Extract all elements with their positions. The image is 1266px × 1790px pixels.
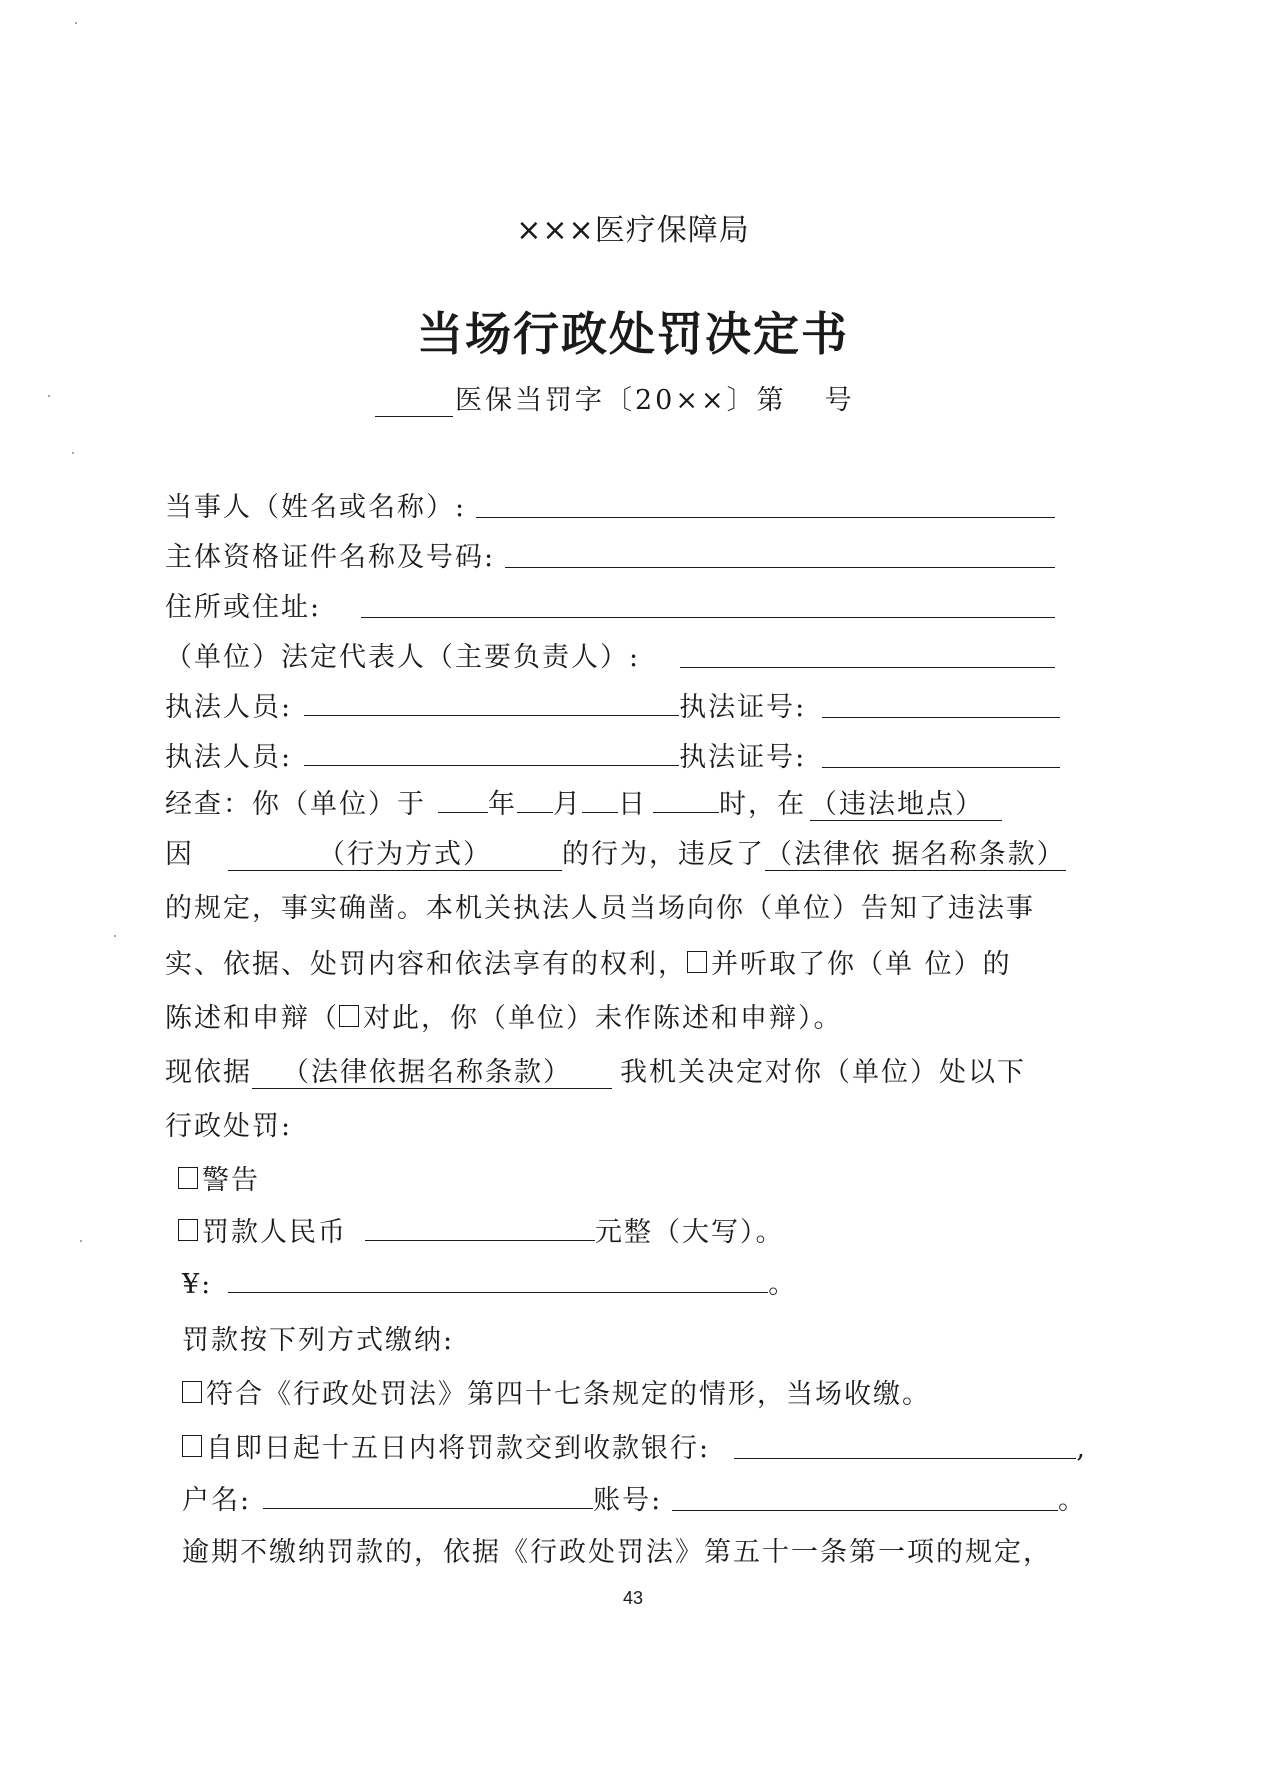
day-field[interactable] [582,811,618,813]
address-label: 住所或住址: [165,585,321,624]
violation-place-field[interactable]: （违法地点） [810,791,1002,821]
officer-name-field[interactable] [304,764,679,766]
listened-checkbox[interactable] [687,951,707,973]
hour-label: 时，在 [719,782,806,821]
officer-row-1: 执法人员: 执法证号: [165,685,1060,724]
cert-number-field[interactable] [822,766,1060,768]
account-name-field[interactable] [263,1507,593,1509]
officer-row-2: 执法人员: 执法证号: [165,735,1060,774]
paragraph-text: 实、依据、处罚内容和依法享有的权利， [165,942,687,981]
month-field[interactable] [517,811,553,813]
page-number: 43 [0,1588,1266,1609]
inspection-prefix: 经查：你（单位）于 [165,782,426,821]
onsite-payment-checkbox[interactable] [182,1381,202,1403]
overdue-row: 逾期不缴纳罚款的，依据《行政处罚法》第五十一条第一项的规定， [182,1530,1052,1569]
account-row: 户名: 账号: 。 [182,1478,1087,1517]
paragraph-line-1: 的规定，事实确凿。本机关执法人员当场向你（单位）告知了违法事 [165,886,1035,925]
scan-speck [80,1240,82,1242]
yen-end: 。 [768,1262,797,1301]
cause-prefix: 因 [165,832,194,871]
bank-name-field[interactable] [734,1457,1076,1459]
yen-label: ¥: [182,1269,212,1300]
officer-label: 执法人员: [165,735,292,774]
legal-rep-label: （单位）法定代表人（主要负责人）: [165,635,640,674]
paragraph-text: 对此，你（单位）未作陈述和申辩）。 [363,996,843,1035]
issuing-agency: ×××医疗保障局 [0,205,1266,249]
account-name-label: 户名: [182,1478,251,1517]
scan-speck [114,935,116,937]
violated-law-field[interactable]: （法律依 据名称条款） [765,841,1066,871]
cert-label: 执法证号: [679,685,806,724]
inspection-row: 经查：你（单位）于 年 月 日 时，在 （违法地点） [165,782,1065,821]
behavior-field[interactable]: （行为方式） [228,841,562,871]
account-number-label: 账号: [593,1478,662,1517]
scan-speck [48,395,50,397]
onsite-payment-label: 符合《行政处罚法》第四十七条规定的情形，当场收缴。 [206,1372,931,1411]
doc-number-middle: 医保当罚字〔20××〕第 [455,378,787,417]
fine-prefix: 罚款人民币 [202,1210,347,1249]
document-title: 当场行政处罚决定书 [0,298,1266,364]
basis-suffix: 我机关决定对你（单位）处以下 [620,1050,1026,1089]
basis-prefix: 现依据 [165,1050,252,1089]
account-number-field[interactable] [672,1509,1058,1511]
fine-checkbox[interactable] [178,1219,198,1241]
legal-rep-field[interactable] [680,666,1055,668]
fine-amount-words-field[interactable] [365,1239,595,1241]
payment-heading-text: 罚款按下列方式缴纳: [182,1318,454,1357]
officer-name-field[interactable] [304,714,679,716]
year-field[interactable] [438,811,488,813]
no-statement-checkbox[interactable] [339,1005,359,1027]
party-name-label: 当事人（姓名或名称）: [165,485,466,524]
qualification-label: 主体资格证件名称及号码: [165,535,495,574]
scan-speck [72,452,74,454]
doc-prefix-blank[interactable] [375,415,453,417]
basis-row: 现依据 （法律依据名称条款） 我机关决定对你（单位）处以下 [165,1050,1026,1089]
address-row: 住所或住址: [165,585,1055,624]
account-end: 。 [1058,1478,1087,1517]
basis-law-field[interactable]: （法律依据名称条款） [252,1059,612,1089]
yen-row: ¥: 。 [182,1262,797,1301]
month-label: 月 [553,782,582,821]
officer-label: 执法人员: [165,685,292,724]
scan-speck [75,22,77,24]
legal-rep-row: （单位）法定代表人（主要负责人）: [165,635,1055,674]
cause-mid: 的行为，违反了 [562,832,765,871]
day-label: 日 [618,782,647,821]
bank-payment-checkbox[interactable] [182,1435,202,1457]
fine-suffix: 元整（大写）。 [595,1210,785,1249]
cert-number-field[interactable] [822,716,1060,718]
payment-onsite-option: 符合《行政处罚法》第四十七条规定的情形，当场收缴。 [182,1372,931,1411]
cert-label: 执法证号: [679,735,806,774]
warning-checkbox[interactable] [178,1167,198,1189]
party-name-row: 当事人（姓名或名称）: [165,485,1055,524]
paragraph-text: 的规定，事实确凿。本机关执法人员当场向你（单位）告知了违法事 [165,886,1035,925]
qualification-field[interactable] [505,566,1055,568]
cause-row: 因 （行为方式） 的行为，违反了 （法律依 据名称条款） [165,832,1065,871]
fine-amount-numeric-field[interactable] [228,1291,768,1293]
overdue-text: 逾期不缴纳罚款的，依据《行政处罚法》第五十一条第一项的规定， [182,1530,1052,1569]
penalty-heading: 行政处罚: [165,1104,292,1143]
penalty-heading-text: 行政处罚: [165,1104,292,1143]
bank-end: , [1076,1433,1087,1464]
bank-payment-label: 自即日起十五日内将罚款交到收款银行: [206,1426,710,1465]
doc-number-suffix: 号 [825,378,855,417]
payment-bank-option: 自即日起十五日内将罚款交到收款银行: , [182,1426,1087,1465]
document-number: 医保当罚字〔20××〕第 号 [375,378,855,417]
paragraph-line-3: 陈述和申辩（ 对此，你（单位）未作陈述和申辩）。 [165,996,843,1035]
qualification-row: 主体资格证件名称及号码: [165,535,1055,574]
fine-option: 罚款人民币 元整（大写）。 [178,1210,785,1249]
party-name-field[interactable] [476,516,1055,518]
paragraph-text: 陈述和申辩（ [165,996,339,1035]
payment-heading: 罚款按下列方式缴纳: [182,1318,454,1357]
address-field[interactable] [361,616,1055,618]
paragraph-text: 并听取了你（单 位）的 [711,942,1012,981]
paragraph-line-2: 实、依据、处罚内容和依法享有的权利， 并听取了你（单 位）的 [165,942,1012,981]
year-label: 年 [488,782,517,821]
warning-option: 警告 [178,1158,260,1197]
warning-label: 警告 [202,1158,260,1197]
hour-field[interactable] [653,811,719,813]
